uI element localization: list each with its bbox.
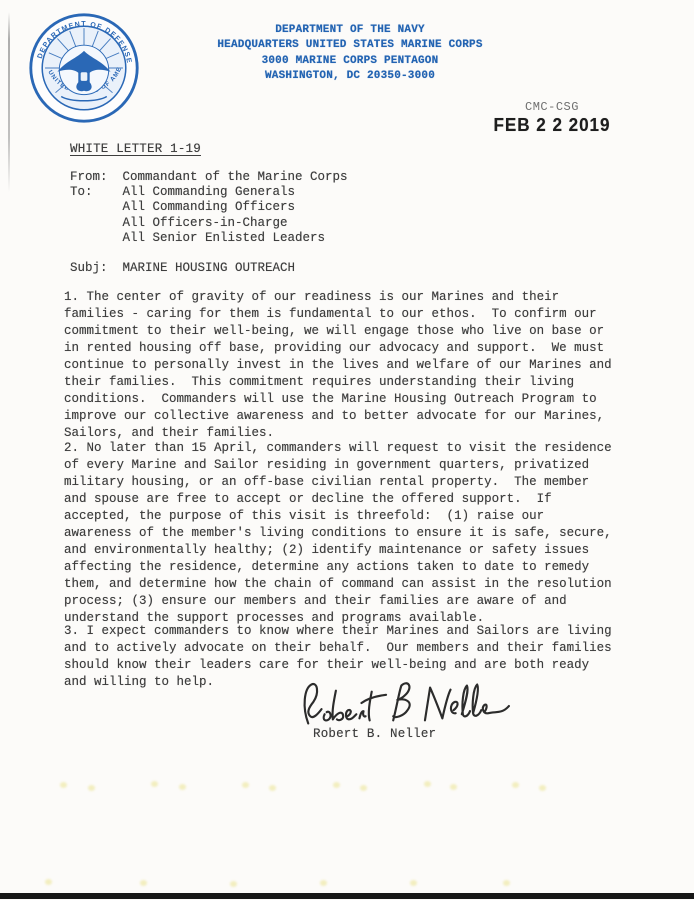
scan-speck (230, 881, 237, 887)
handwritten-signature (298, 678, 513, 730)
paragraph-2: 2. No later than 15 April, commanders wi… (64, 440, 612, 627)
paragraph-1: 1. The center of gravity of our readines… (64, 289, 612, 442)
scan-speck (140, 880, 147, 886)
office-code: CMC-CSG (470, 100, 634, 114)
date-stamp: FEB 2 2 2019 (474, 115, 630, 136)
address-block: From: Commandant of the Marine Corps To:… (70, 170, 348, 276)
scan-speck (539, 785, 546, 791)
letter-title: WHITE LETTER 1-19 (70, 142, 201, 156)
letterhead: DEPARTMENT OF THE NAVY HEADQUARTERS UNIT… (160, 23, 540, 84)
scan-speck (333, 782, 340, 788)
signer-name: Robert B. Neller (313, 727, 436, 741)
scan-speck (512, 782, 519, 788)
letterhead-line: HEADQUARTERS UNITED STATES MARINE CORPS (160, 38, 540, 53)
scan-speck (320, 880, 327, 886)
scan-bottom-edge (0, 893, 694, 899)
letterhead-line: DEPARTMENT OF THE NAVY (160, 23, 540, 38)
scan-speck (424, 781, 431, 787)
scan-speck (360, 785, 367, 791)
scan-speck (503, 880, 510, 886)
scan-speck (179, 784, 186, 790)
scan-edge-artifact (8, 12, 10, 192)
letterhead-line: 3000 MARINE CORPS PENTAGON (160, 54, 540, 69)
scan-speck (450, 784, 457, 790)
scan-speck (242, 782, 249, 788)
letterhead-line: WASHINGTON, DC 20350-3000 (160, 69, 540, 84)
scan-speck (88, 785, 95, 791)
scan-speck (45, 879, 52, 885)
scan-speck (410, 880, 417, 886)
department-of-defense-seal-icon: DEPARTMENT OF DEFENSE UNITED STATES OF A… (27, 11, 141, 125)
scan-speck (151, 781, 158, 787)
reference-block: CMC-CSG FEB 2 2 2019 (470, 100, 634, 136)
scanned-letter-page: DEPARTMENT OF DEFENSE UNITED STATES OF A… (0, 0, 694, 900)
scan-speck (269, 785, 276, 791)
scan-speck (60, 782, 67, 788)
